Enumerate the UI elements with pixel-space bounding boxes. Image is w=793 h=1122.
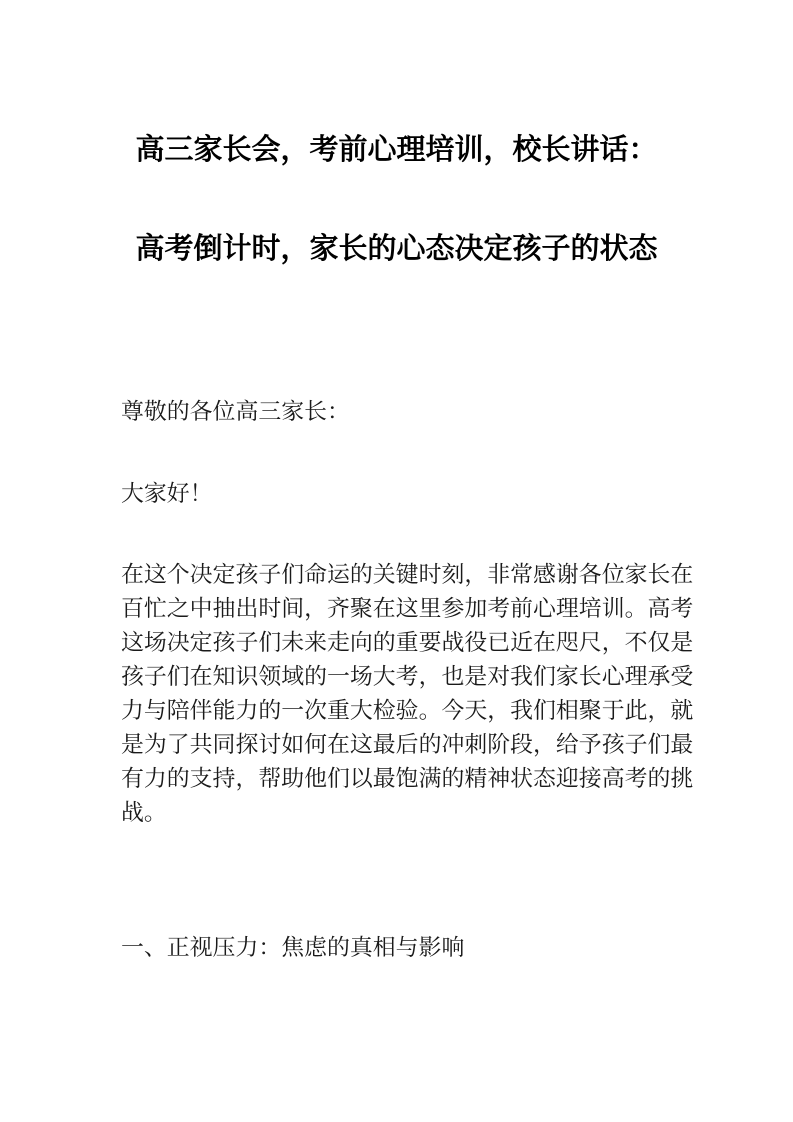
opening-paragraph: 在这个决定孩子们命运的关键时刻，非常感谢各位家长在 百忙之中抽出时间，齐聚在这里… <box>121 558 676 830</box>
paragraph-line: 在这个决定孩子们命运的关键时刻，非常感谢各位家长在 <box>121 558 676 592</box>
paragraph-line: 是为了共同探讨如何在这最后的冲刺阶段，给予孩子们最 <box>121 728 676 762</box>
paragraph-line: 这场决定孩子们未来走向的重要战役已近在咫尺，不仅是 <box>121 626 676 660</box>
paragraph-line: 百忙之中抽出时间，齐聚在这里参加考前心理培训。高考 <box>121 592 676 626</box>
paragraph-line: 有力的支持，帮助他们以最饱满的精神状态迎接高考的挑 <box>121 762 676 796</box>
paragraph-line: 战。 <box>121 796 676 830</box>
paragraph-line: 孩子们在知识领域的一场大考，也是对我们家长心理承受 <box>121 660 676 694</box>
section-heading: 一、正视压力：焦虑的真相与影响 <box>121 931 676 965</box>
document-title-line-1: 高三家长会，考前心理培训，校长讲话： <box>0 131 793 167</box>
greeting: 尊敬的各位高三家长： <box>121 395 676 429</box>
paragraph-line: 力与陪伴能力的一次重大检验。今天，我们相聚于此，就 <box>121 694 676 728</box>
document-title-line-2: 高考倒计时，家长的心态决定孩子的状态 <box>0 230 793 266</box>
salutation: 大家好！ <box>121 477 676 511</box>
